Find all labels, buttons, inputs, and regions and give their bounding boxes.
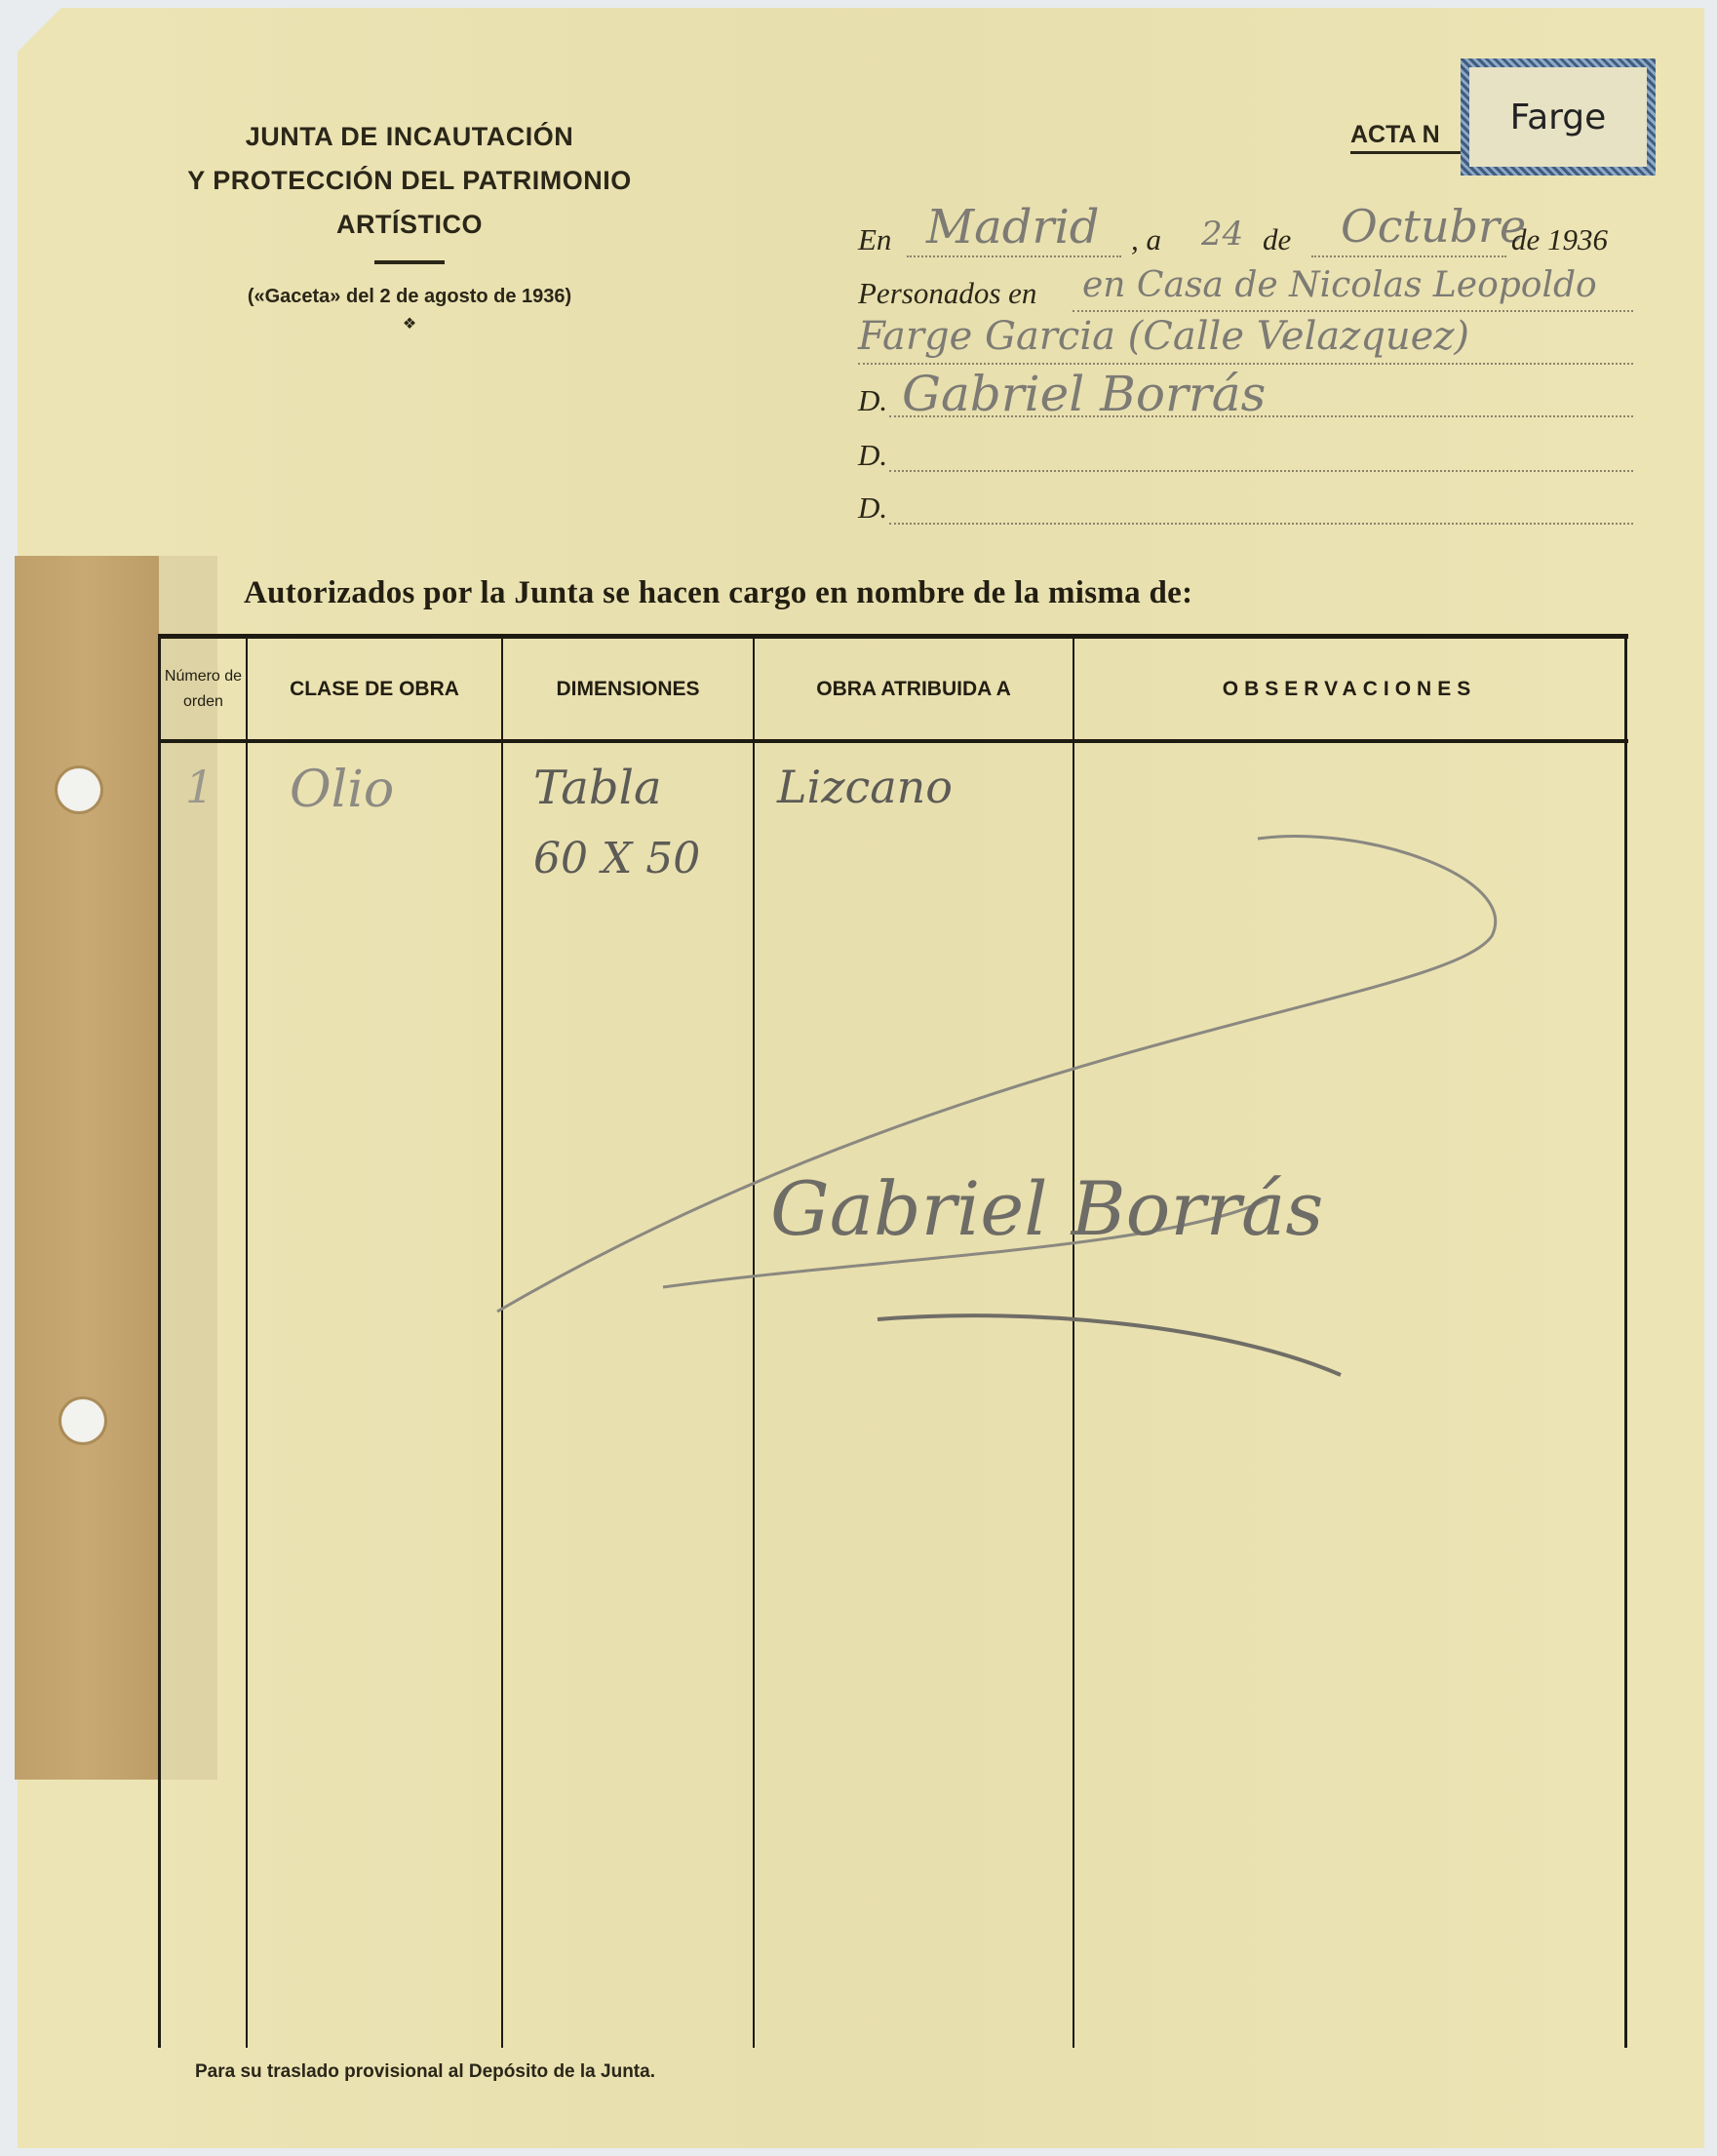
punch-hole	[61, 1399, 104, 1442]
a-label: , a	[1131, 222, 1161, 257]
column-header-atribuida: OBRA ATRIBUIDA A	[755, 639, 1073, 739]
org-line-2: Y PROTECCIÓN DEL PATRIMONIO	[137, 159, 683, 203]
day-value: 24	[1201, 215, 1243, 254]
personados-label: Personados en	[858, 276, 1036, 311]
en-label: En	[858, 222, 891, 257]
organization-header: JUNTA DE INCAUTACIÓN Y PROTECCIÓN DEL PA…	[137, 115, 683, 333]
personados-line2: Farge Garcia (Calle Velazquez)	[858, 314, 1469, 359]
cell-numero: 1	[185, 761, 214, 813]
acta-label: ACTA N	[1350, 121, 1463, 154]
section-title: Autorizados por la Junta se hacen cargo …	[244, 575, 1192, 611]
ornament-icon: ❖	[137, 314, 683, 333]
d-label-3: D.	[858, 490, 887, 526]
column-header-clase: CLASE DE OBRA	[248, 639, 501, 739]
footer-note: Para su traslado provisional al Depósito…	[195, 2061, 655, 2083]
inventory-table: Número de orden CLASE DE OBRA DIMENSIONE…	[158, 634, 1628, 2048]
personados-value: en Casa de Nicolas Leopoldo	[1082, 265, 1597, 305]
d-label-1: D.	[858, 383, 887, 418]
acta-number-stamp: Farge	[1461, 59, 1656, 176]
cell-clase: Olio	[290, 761, 394, 819]
de-label: de	[1263, 222, 1291, 257]
cell-dimensiones-size: 60 X 50	[533, 834, 700, 883]
person-1: Gabriel Borrás	[902, 366, 1266, 422]
header-rule	[374, 260, 445, 264]
binding-tab	[15, 556, 159, 1780]
punch-hole	[58, 768, 100, 811]
cell-atribuida: Lizcano	[777, 761, 953, 813]
place-value: Madrid	[926, 200, 1100, 255]
org-line-1: JUNTA DE INCAUTACIÓN	[137, 115, 683, 159]
stamp-value: Farge	[1469, 67, 1647, 167]
cell-dimensiones: Tabla	[533, 761, 662, 815]
month-value: Octubre	[1341, 200, 1526, 253]
column-header-numero: Número de orden	[161, 639, 246, 739]
d-label-2: D.	[858, 438, 887, 473]
org-line-3: ARTÍSTICO	[137, 203, 683, 247]
gaceta-reference: («Gaceta» del 2 de agosto de 1936)	[137, 286, 683, 308]
year-label: de 1936	[1511, 222, 1608, 257]
signature: Gabriel Borrás	[770, 1165, 1323, 1252]
column-header-observaciones: OBSERVACIONES	[1074, 639, 1624, 739]
column-header-dimensiones: DIMENSIONES	[503, 639, 753, 739]
